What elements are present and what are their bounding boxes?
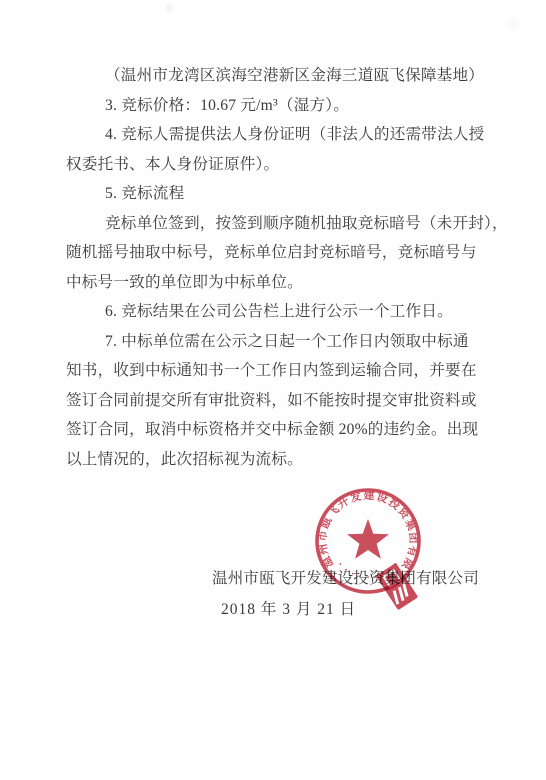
text-line: 竞标单位签到，按签到顺序随机抽取竞标暗号（未开封）， [66, 209, 502, 239]
seal-ring-text: 温州市瓯飞开发建设投资集团有限公司 [308, 481, 421, 574]
text-line: 3. 竞标价格：10.67 元/m³（湿方）。 [66, 91, 502, 121]
text-line: 签订合同，取消中标资格并交中标金额 20%的违约金。出现 [66, 415, 502, 445]
text-line: 5. 竞标流程 [66, 179, 502, 209]
text-line: 6. 竞标结果在公司公告栏上进行公示一个工作日。 [66, 297, 502, 327]
text-line: 随机摇号抽取中标号，竞标单位启封竞标暗号，竞标暗号与 [66, 238, 502, 268]
text-line: 中标号一致的单位即为中标单位。 [66, 268, 502, 298]
text-line: 4. 竞标人需提供法人身份证明（非法人的还需带法人授 [66, 120, 502, 150]
document-page: （温州市龙湾区滨海空港新区金海三道瓯飞保障基地）3. 竞标价格：10.67 元/… [0, 0, 546, 780]
text-line: 知书，收到中标通知书一个工作日内签到运输合同，并要在 [66, 356, 502, 386]
text-line: 签订合同前提交所有审批资料，如不能按时提交审批资料或 [66, 386, 502, 416]
text-line: 7. 中标单位需在公示之日起一个工作日内领取中标通 [66, 327, 502, 357]
body-text: （温州市龙湾区滨海空港新区金海三道瓯飞保障基地）3. 竞标价格：10.67 元/… [66, 61, 502, 474]
official-seal: 温州市瓯飞开发建设投资集团有限公司 [308, 481, 428, 601]
text-line: 以上情况的，此次招标视为流标。 [66, 445, 502, 475]
text-line: （温州市龙湾区滨海空港新区金海三道瓯飞保障基地） [66, 61, 502, 91]
seal-star-icon [347, 519, 389, 559]
text-line: 权委托书、本人身份证原件）。 [66, 150, 502, 180]
